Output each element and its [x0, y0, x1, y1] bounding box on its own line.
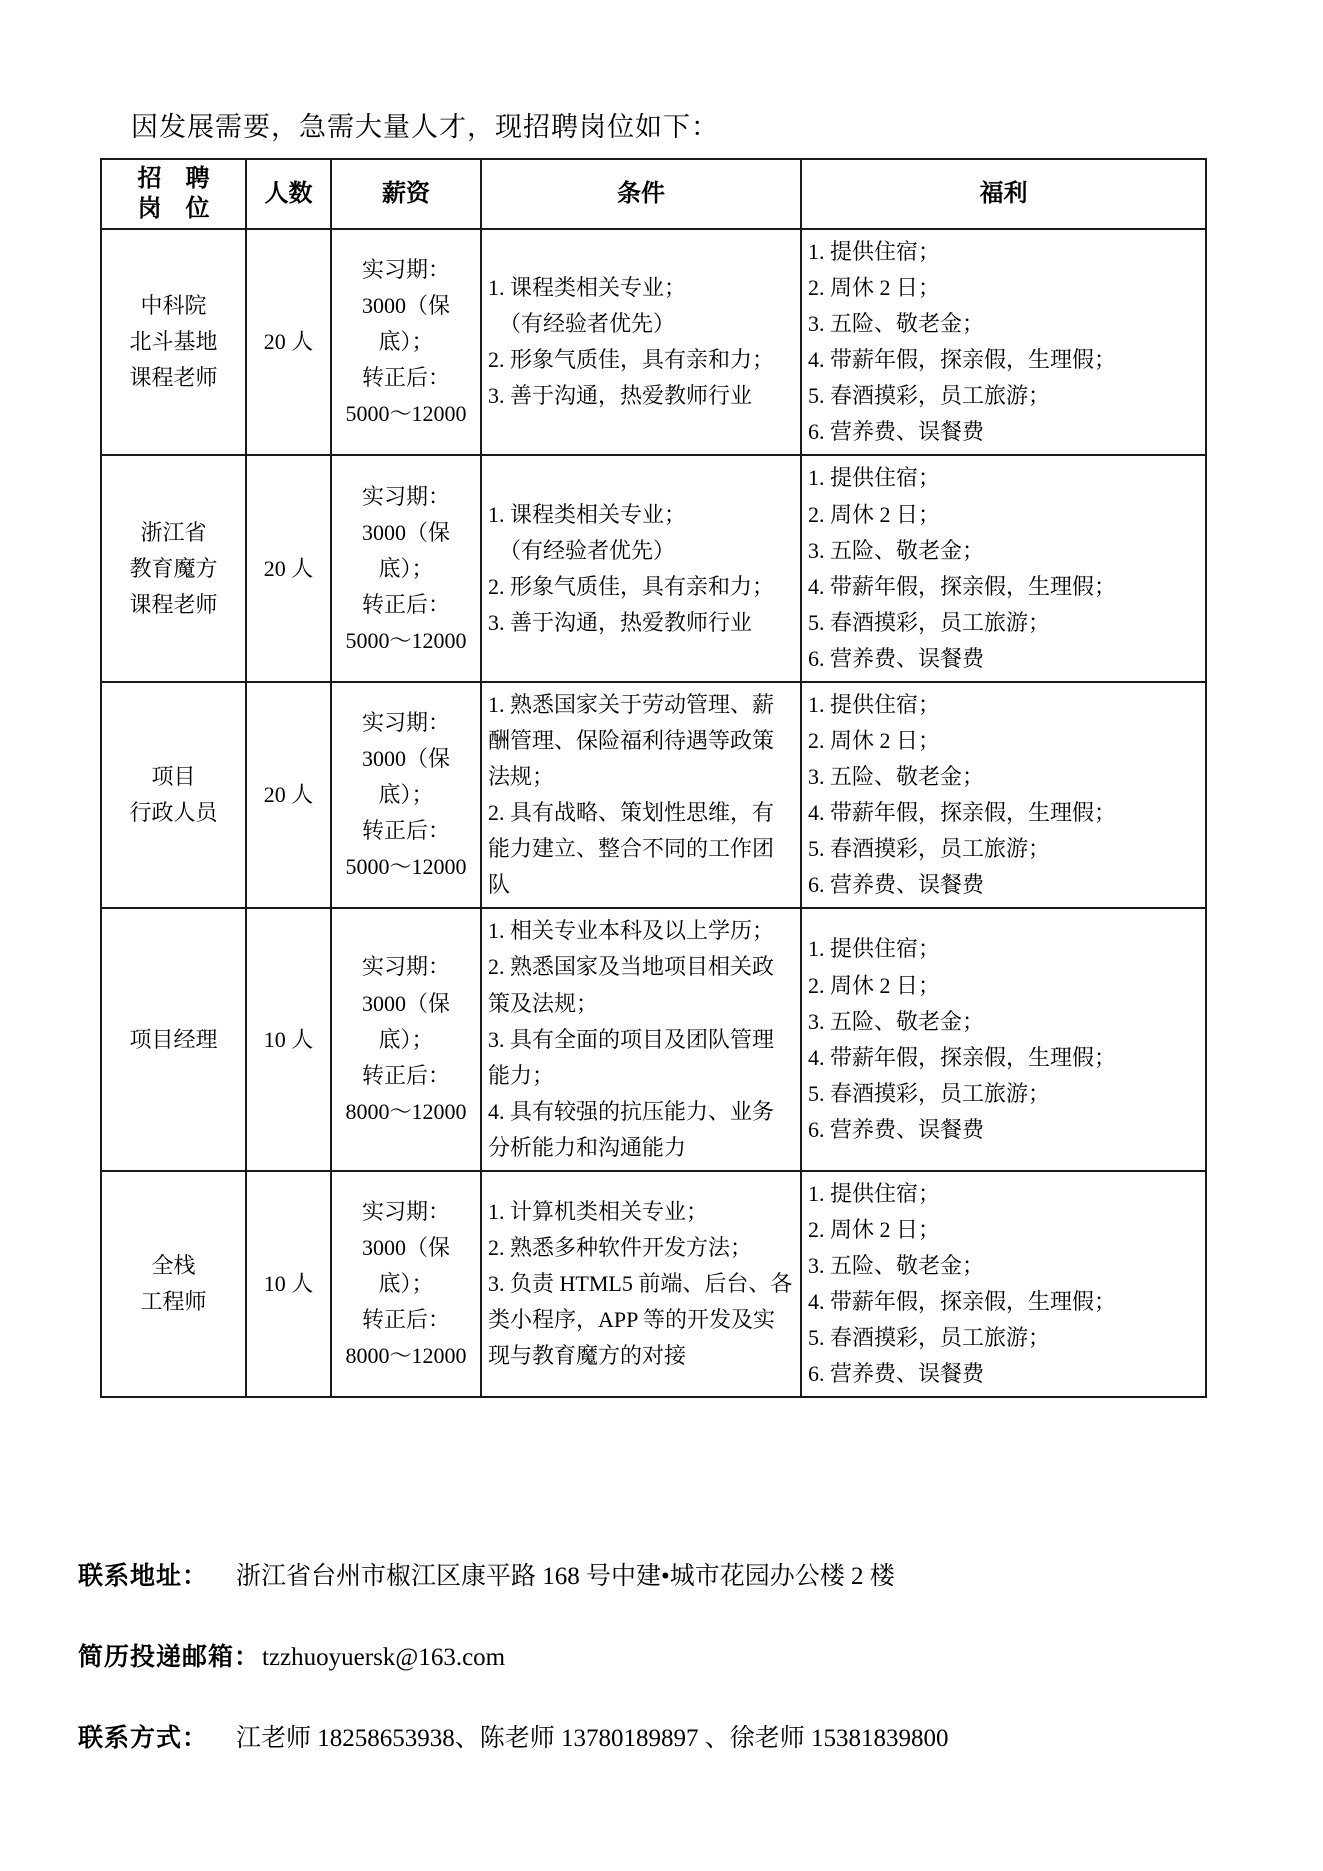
contact-address-line: 联系地址： 浙江省台州市椒江区康平路 168 号中建•城市花园办公楼 2 楼: [78, 1556, 949, 1592]
headcount-cell: 10 人: [246, 1171, 331, 1397]
list-item: 3. 五险、敬老金；: [808, 533, 1199, 569]
document-page: 因发展需要，急需大量人才，现招聘岗位如下： 招 聘 岗 位 人数 薪资 条件 福…: [0, 0, 1323, 1871]
list-item: 5. 春酒摸彩，员工旅游；: [808, 831, 1199, 867]
list-item: 4. 带薪年假，探亲假，生理假；: [808, 1040, 1199, 1076]
job-title-cell: 全栈 工程师: [101, 1171, 246, 1397]
table-row: 浙江省 教育魔方 课程老师 20 人 实习期： 3000（保底）； 转正后： 5…: [101, 455, 1206, 681]
headcount-cell: 20 人: [246, 682, 331, 908]
contact-phone-line: 联系方式： 江老师 18258653938、陈老师 13780189897 、徐…: [78, 1718, 949, 1754]
conditions-cell: 1. 课程类相关专业； （有经验者优先）2. 形象气质佳，具有亲和力；3. 善于…: [481, 229, 801, 455]
list-item: 2. 周休 2 日；: [808, 270, 1199, 306]
list-item: 5. 春酒摸彩，员工旅游；: [808, 1076, 1199, 1112]
table-row: 项目经理 10 人 实习期： 3000（保底）； 转正后： 8000～12000…: [101, 908, 1206, 1171]
list-item: 3. 五险、敬老金；: [808, 1248, 1199, 1284]
list-item: （有经验者优先）: [488, 306, 794, 342]
table-row: 中科院 北斗基地 课程老师 20 人 实习期： 3000（保底）； 转正后： 5…: [101, 229, 1206, 455]
list-item: 5. 春酒摸彩，员工旅游；: [808, 378, 1199, 414]
list-item: 2. 形象气质佳，具有亲和力；: [488, 569, 794, 605]
list-item: 5. 春酒摸彩，员工旅游；: [808, 1320, 1199, 1356]
address-label: 联系地址：: [78, 1556, 208, 1592]
headcount-cell: 20 人: [246, 455, 331, 681]
list-item: 1. 熟悉国家关于劳动管理、薪酬管理、保险福利待遇等政策法规；: [488, 687, 794, 795]
list-item: 1. 提供住宿；: [808, 687, 1199, 723]
list-item: 2. 周休 2 日；: [808, 723, 1199, 759]
intro-text: 因发展需要，急需大量人才，现招聘岗位如下：: [131, 105, 719, 144]
job-title-cell: 浙江省 教育魔方 课程老师: [101, 455, 246, 681]
list-item: 1. 提供住宿；: [808, 234, 1199, 270]
header-benefits: 福利: [801, 159, 1206, 229]
list-item: 4. 带薪年假，探亲假，生理假；: [808, 795, 1199, 831]
conditions-cell: 1. 计算机类相关专业；2. 熟悉多种软件开发方法；3. 负责 HTML5 前端…: [481, 1171, 801, 1397]
list-item: 3. 善于沟通，热爱教师行业: [488, 605, 794, 641]
contact-section: 联系地址： 浙江省台州市椒江区康平路 168 号中建•城市花园办公楼 2 楼 简…: [78, 1556, 949, 1799]
list-item: 1. 提供住宿；: [808, 931, 1199, 967]
phone-value: 江老师 18258653938、陈老师 13780189897 、徐老师 153…: [236, 1718, 949, 1754]
benefits-cell: 1. 提供住宿；2. 周休 2 日；3. 五险、敬老金；4. 带薪年假，探亲假，…: [801, 455, 1206, 681]
list-item: 3. 五险、敬老金；: [808, 306, 1199, 342]
benefits-cell: 1. 提供住宿；2. 周休 2 日；3. 五险、敬老金；4. 带薪年假，探亲假，…: [801, 1171, 1206, 1397]
list-item: 6. 营养费、误餐费: [808, 641, 1199, 677]
salary-cell: 实习期： 3000（保底）； 转正后： 5000～12000: [331, 682, 481, 908]
salary-cell: 实习期： 3000（保底）； 转正后： 5000～12000: [331, 455, 481, 681]
conditions-cell: 1. 相关专业本科及以上学历；2. 熟悉国家及当地项目相关政策及法规；3. 具有…: [481, 908, 801, 1171]
list-item: 6. 营养费、误餐费: [808, 1112, 1199, 1148]
benefits-cell: 1. 提供住宿；2. 周休 2 日；3. 五险、敬老金；4. 带薪年假，探亲假，…: [801, 229, 1206, 455]
list-item: 1. 课程类相关专业；: [488, 270, 794, 306]
list-item: 3. 具有全面的项目及团队管理能力；: [488, 1022, 794, 1094]
list-item: 1. 提供住宿；: [808, 1176, 1199, 1212]
list-item: 6. 营养费、误餐费: [808, 414, 1199, 450]
list-item: 6. 营养费、误餐费: [808, 867, 1199, 903]
benefits-cell: 1. 提供住宿；2. 周休 2 日；3. 五险、敬老金；4. 带薪年假，探亲假，…: [801, 908, 1206, 1171]
conditions-cell: 1. 熟悉国家关于劳动管理、薪酬管理、保险福利待遇等政策法规；2. 具有战略、策…: [481, 682, 801, 908]
benefits-cell: 1. 提供住宿；2. 周休 2 日；3. 五险、敬老金；4. 带薪年假，探亲假，…: [801, 682, 1206, 908]
list-item: 1. 计算机类相关专业；: [488, 1194, 794, 1230]
list-item: 2. 形象气质佳，具有亲和力；: [488, 342, 794, 378]
list-item: 1. 课程类相关专业；: [488, 497, 794, 533]
email-value: tzzhuoyuersk@163.com: [262, 1644, 505, 1672]
list-item: 3. 五险、敬老金；: [808, 759, 1199, 795]
list-item: 3. 五险、敬老金；: [808, 1004, 1199, 1040]
list-item: 2. 具有战略、策划性思维，有能力建立、整合不同的工作团队: [488, 795, 794, 903]
conditions-cell: 1. 课程类相关专业； （有经验者优先）2. 形象气质佳，具有亲和力；3. 善于…: [481, 455, 801, 681]
salary-cell: 实习期： 3000（保底）； 转正后： 5000～12000: [331, 229, 481, 455]
header-salary: 薪资: [331, 159, 481, 229]
list-item: 5. 春酒摸彩，员工旅游；: [808, 605, 1199, 641]
job-title-cell: 中科院 北斗基地 课程老师: [101, 229, 246, 455]
header-position: 招 聘 岗 位: [101, 159, 246, 229]
recruitment-table: 招 聘 岗 位 人数 薪资 条件 福利 中科院 北斗基地 课程老师 20 人 实…: [100, 158, 1207, 1398]
salary-cell: 实习期： 3000（保底）； 转正后： 8000～12000: [331, 908, 481, 1171]
list-item: 4. 带薪年假，探亲假，生理假；: [808, 342, 1199, 378]
phone-label: 联系方式：: [78, 1718, 208, 1754]
list-item: 3. 负责 HTML5 前端、后台、各类小程序，APP 等的开发及实现与教育魔方…: [488, 1266, 794, 1374]
list-item: 4. 具有较强的抗压能力、业务分析能力和沟通能力: [488, 1094, 794, 1166]
headcount-cell: 20 人: [246, 229, 331, 455]
job-title-cell: 项目 行政人员: [101, 682, 246, 908]
list-item: 1. 相关专业本科及以上学历；: [488, 913, 794, 949]
list-item: 2. 周休 2 日；: [808, 968, 1199, 1004]
email-label: 简历投递邮箱：: [78, 1637, 260, 1673]
list-item: 2. 周休 2 日；: [808, 1212, 1199, 1248]
headcount-cell: 10 人: [246, 908, 331, 1171]
header-conditions: 条件: [481, 159, 801, 229]
list-item: （有经验者优先）: [488, 533, 794, 569]
list-item: 6. 营养费、误餐费: [808, 1356, 1199, 1392]
list-item: 4. 带薪年假，探亲假，生理假；: [808, 569, 1199, 605]
list-item: 4. 带薪年假，探亲假，生理假；: [808, 1284, 1199, 1320]
address-value: 浙江省台州市椒江区康平路 168 号中建•城市花园办公楼 2 楼: [236, 1556, 895, 1592]
list-item: 1. 提供住宿；: [808, 460, 1199, 496]
salary-cell: 实习期： 3000（保底）； 转正后： 8000～12000: [331, 1171, 481, 1397]
list-item: 2. 熟悉多种软件开发方法；: [488, 1230, 794, 1266]
contact-email-line: 简历投递邮箱： tzzhuoyuersk@163.com: [78, 1637, 949, 1673]
job-title-cell: 项目经理: [101, 908, 246, 1171]
list-item: 2. 周休 2 日；: [808, 497, 1199, 533]
table-row: 项目 行政人员 20 人 实习期： 3000（保底）； 转正后： 5000～12…: [101, 682, 1206, 908]
list-item: 3. 善于沟通，热爱教师行业: [488, 378, 794, 414]
list-item: 2. 熟悉国家及当地项目相关政策及法规；: [488, 949, 794, 1021]
table-row: 全栈 工程师 10 人 实习期： 3000（保底）； 转正后： 8000～120…: [101, 1171, 1206, 1397]
header-count: 人数: [246, 159, 331, 229]
table-header-row: 招 聘 岗 位 人数 薪资 条件 福利: [101, 159, 1206, 229]
